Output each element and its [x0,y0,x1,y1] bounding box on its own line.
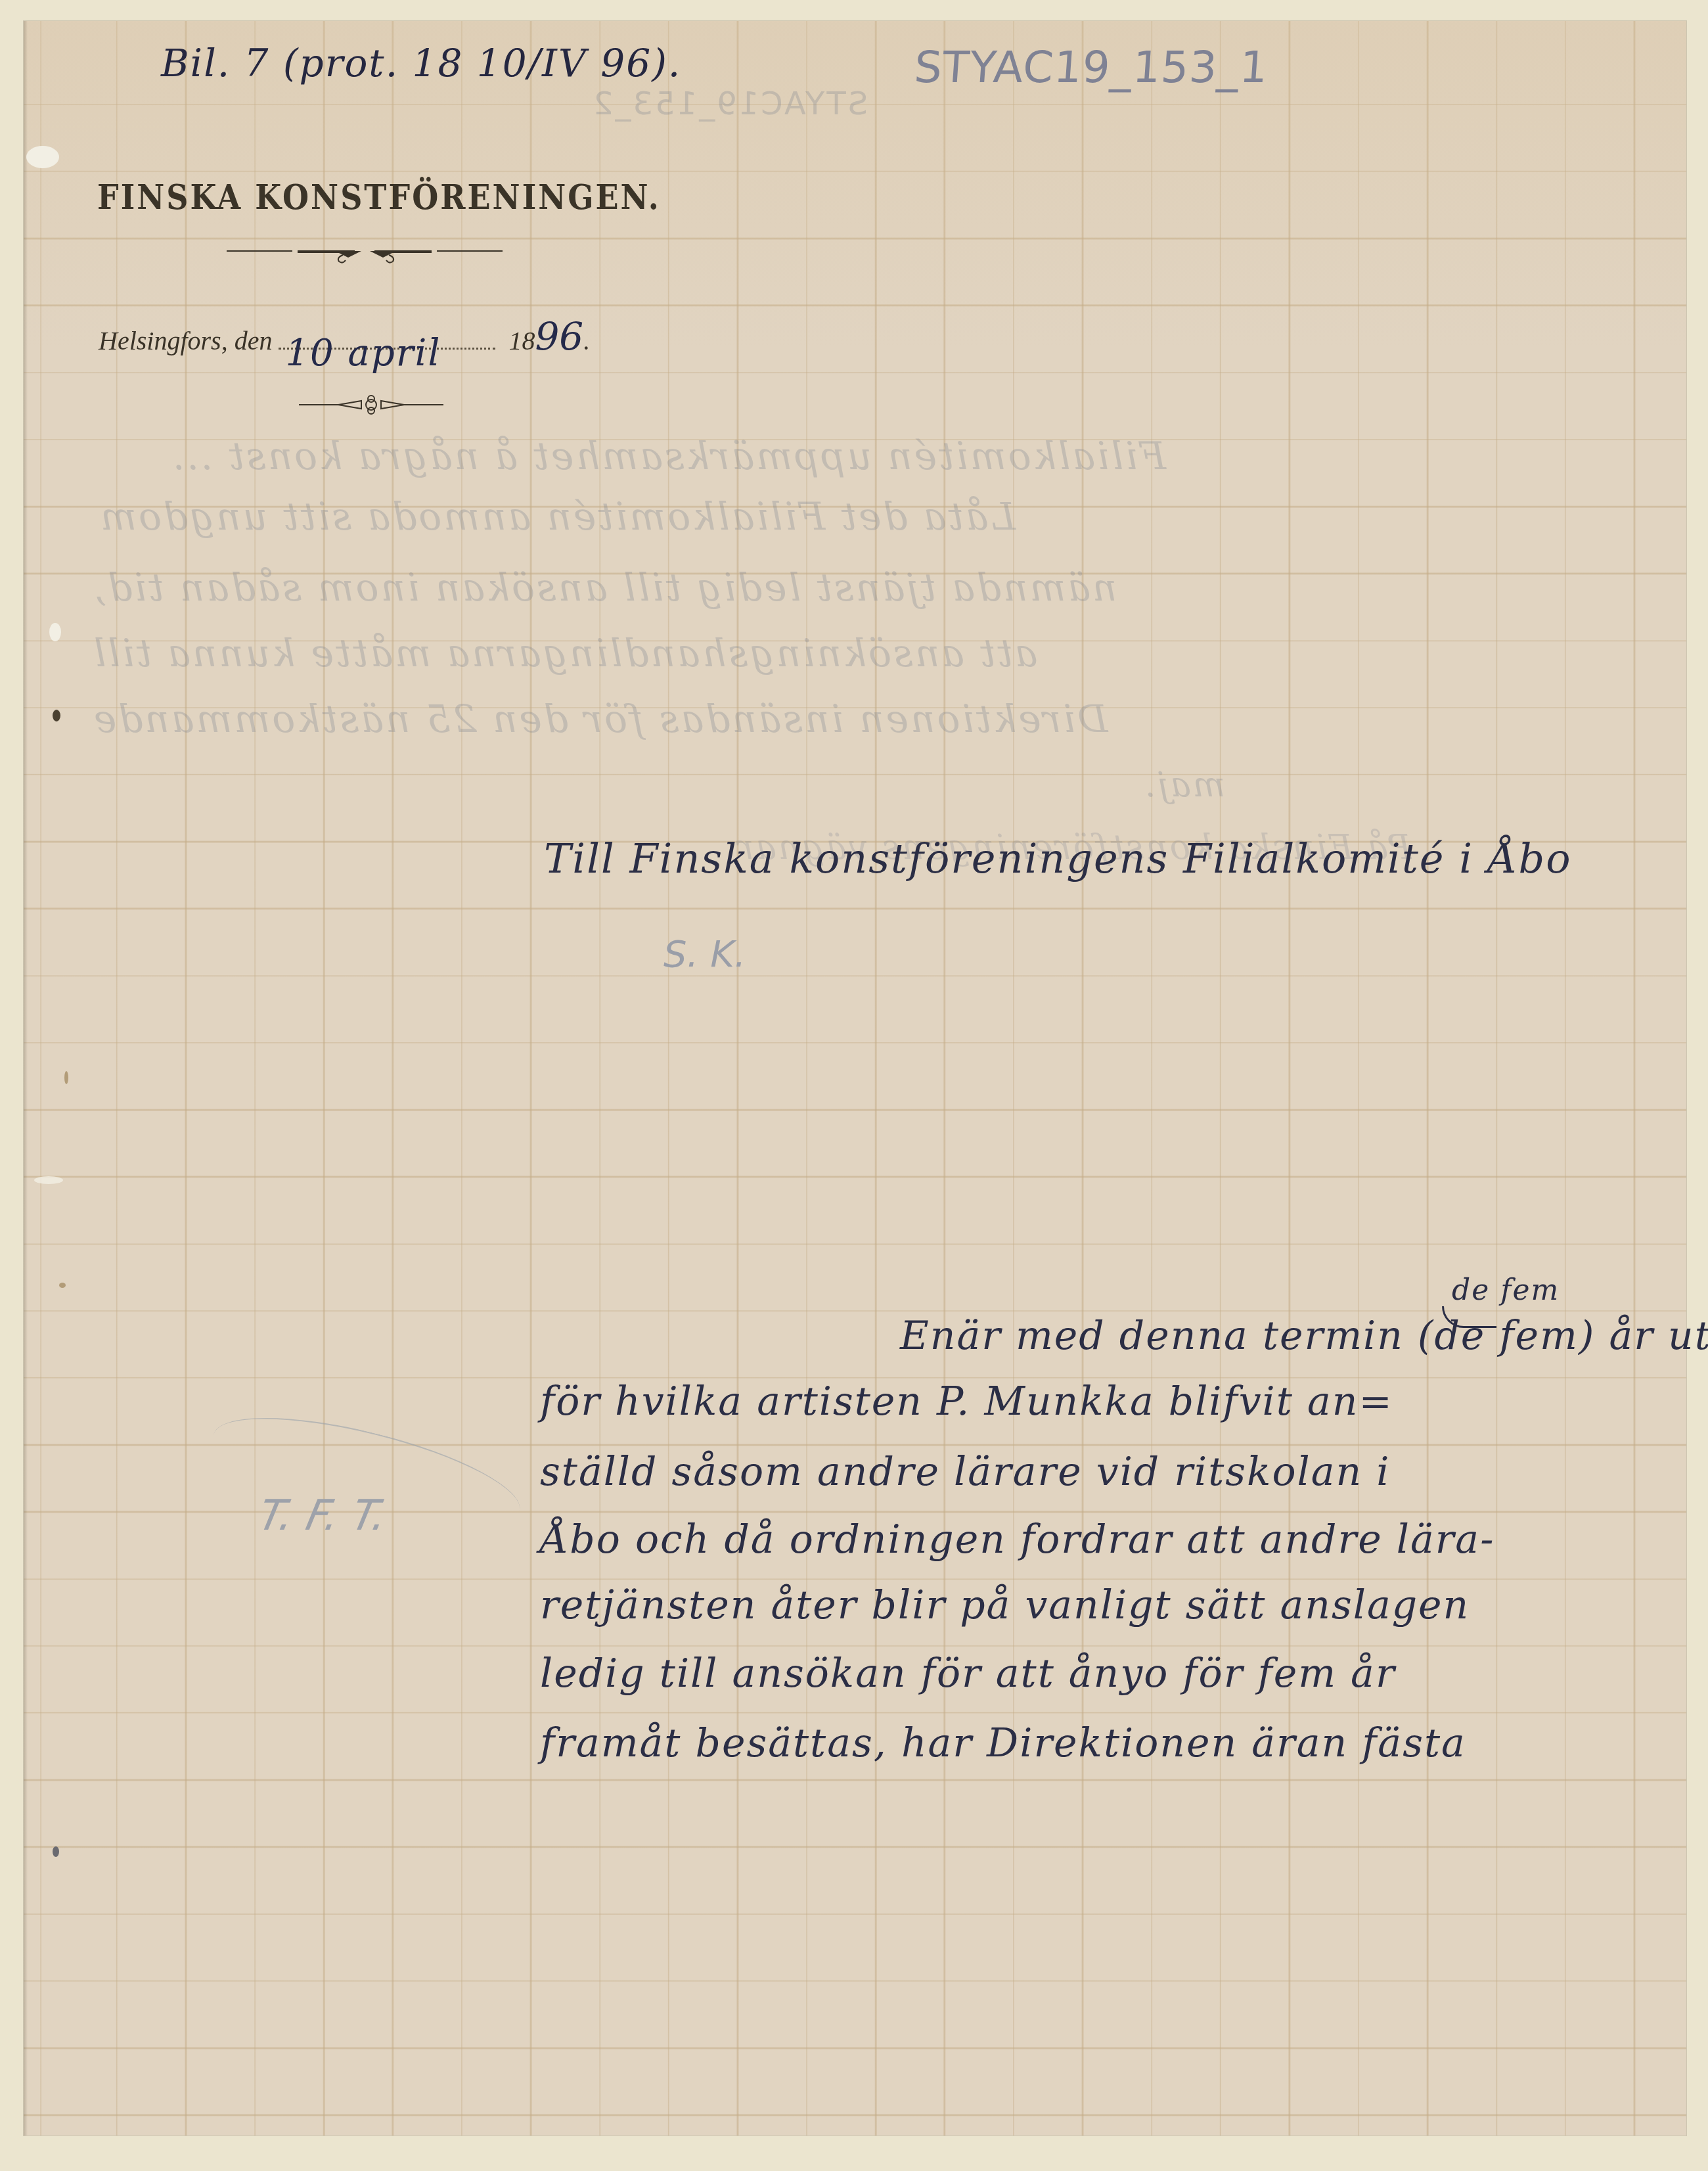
margin-hole [34,1176,63,1184]
body-line-6: ledig till ansökan för att ånyo för fem … [540,1651,1396,1697]
body-line-3: ställd såsom andre lärare vid ritskolan … [540,1449,1390,1495]
body-line-7: framåt besättas, har Direktionen äran fä… [540,1720,1466,1766]
bleed-through-line: att ansökningshandlingarna måtte kunna t… [92,631,1037,675]
ornament-divider-icon [299,393,443,417]
archive-stamp: STYAC19_153_1 [912,42,1270,93]
paper-spot [64,1071,68,1084]
date-handwritten: 10 april [285,332,441,375]
insertion-note: de fem [1452,1273,1560,1307]
date-prefix: Helsingfors, den [99,326,272,355]
margin-hole [49,623,61,641]
date-year-printed: 18 [508,326,535,355]
date-suffix: . [583,326,590,355]
ink-spot [53,710,60,721]
margin-hole [26,146,59,168]
date-year-handwritten: 96 [535,314,583,359]
date-line: Helsingfors, den 10 april 1896. [99,314,590,359]
body-line-1: Enär med denna termin (de fem) år utgå, [900,1313,1708,1359]
bleed-through-line: Direktionen insändas för den 25 nästkomm… [92,697,1108,741]
paper-spot [53,1846,59,1857]
body-line-5: retjänsten åter blir på vanligt sätt ans… [540,1582,1470,1628]
bleed-through-line: maj. [1143,766,1225,805]
bleed-through-line: nämnda tjänst ledig till ansökan inom så… [92,565,1117,610]
archive-stamp-bleed: STYAC19_153_2 [591,85,868,122]
annotation-top: Bil. 7 (prot. 18 10/IV 96). [161,41,681,85]
date-fill: 10 april [279,348,495,350]
letterhead-title: FINSKA KONSTFÖRENINGEN. [97,177,661,217]
addressee-line: Till Finska konstföreningens Filialkomit… [544,834,1572,882]
paper-torn-edge [24,21,28,2136]
pencil-initials: S. K. [663,933,746,976]
body-line-4: Åbo och då ordningen fordrar att andre l… [540,1517,1494,1563]
bleed-through-line: Låta det Filialkomitén anmoda sitt ungdo… [99,494,1016,539]
ornament-divider-icon [227,247,509,267]
body-line-2: för hvilka artisten P. Munkka blifvit an… [540,1379,1393,1425]
paper-spot [59,1283,66,1288]
bleed-through-line: Filialkomitén uppmärksamhet å några kons… [171,434,1166,478]
